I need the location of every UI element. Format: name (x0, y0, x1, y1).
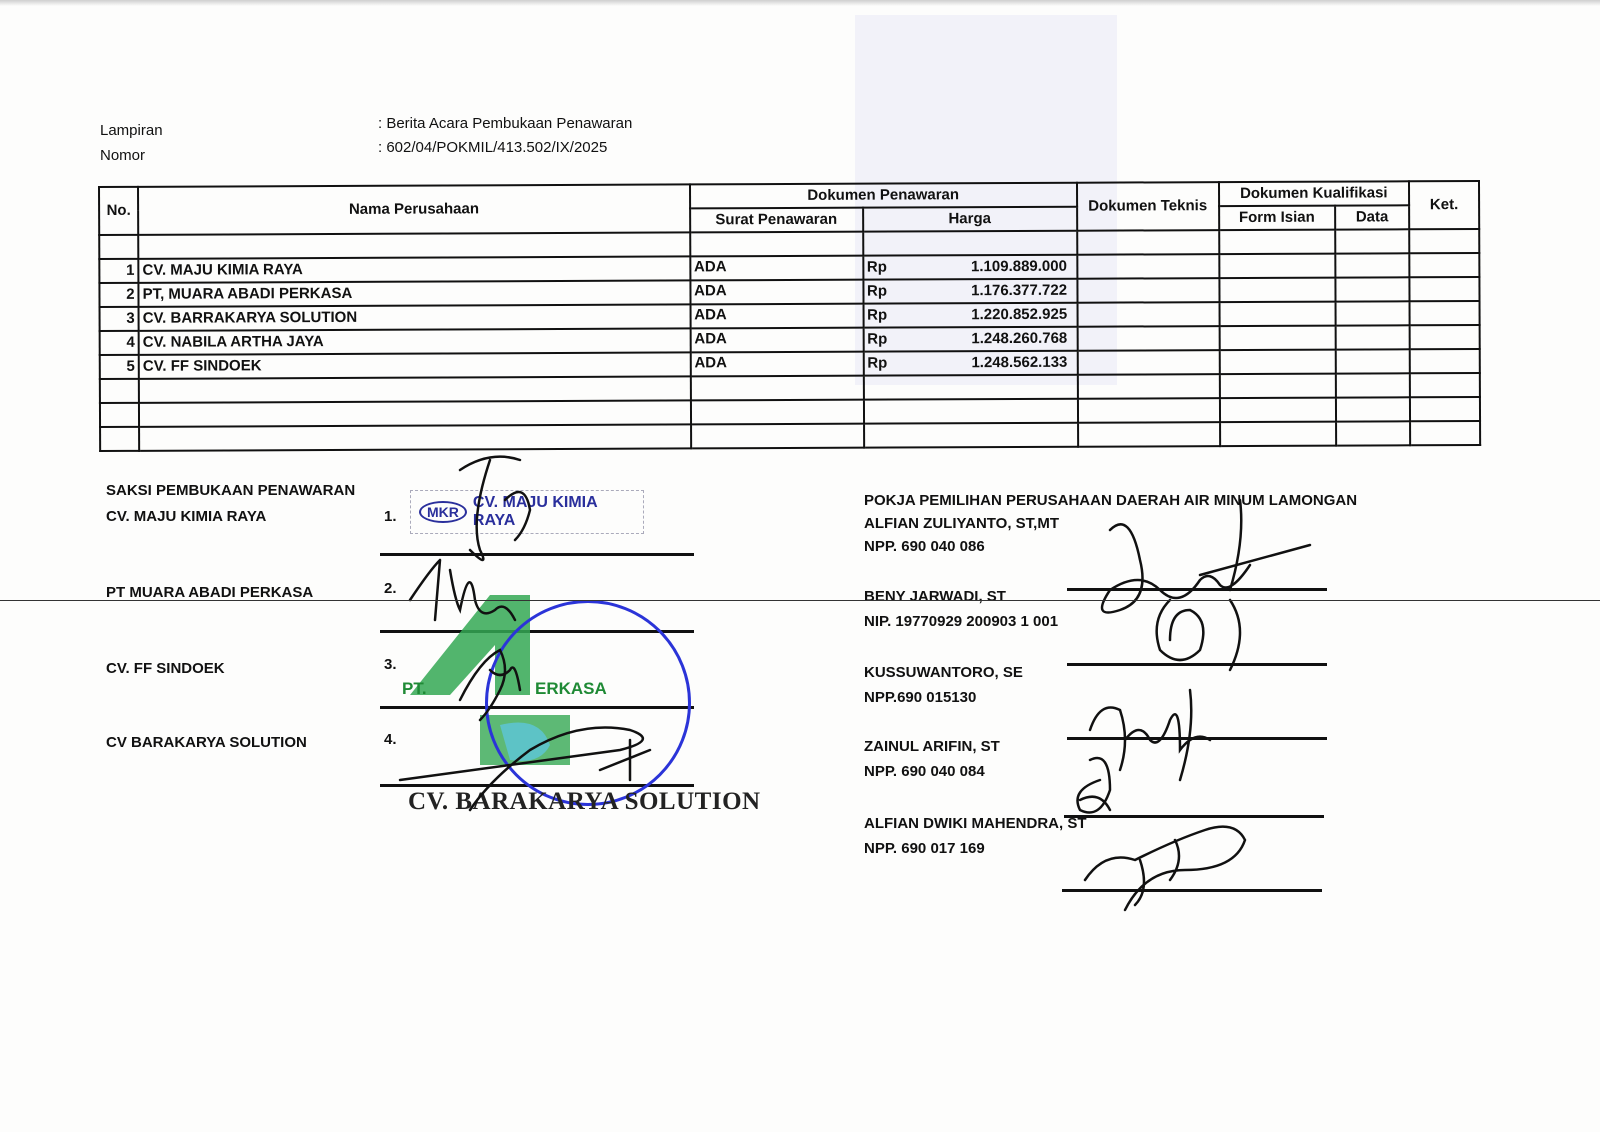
mkr-logo-icon: MKR (419, 501, 467, 523)
col-harga: Harga (863, 207, 1077, 232)
col-form-isian: Form Isian (1219, 206, 1335, 231)
nomor-label: Nomor (100, 147, 145, 164)
pokja-member-name: KUSSUWANTORO, SE (864, 664, 1023, 681)
col-dokumen-penawaran: Dokumen Penawaran (690, 183, 1077, 209)
scan-fold-line (0, 600, 1600, 601)
pokja-member-id: NPP. 690 040 086 (864, 538, 985, 555)
stamp-barakarya-solution: CV. BARAKARYA SOLUTION (408, 788, 761, 816)
pokja-title: POKJA PEMILIHAN PERUSAHAAN DAERAH AIR MI… (864, 492, 1357, 509)
pokja-member-id: NPP.690 015130 (864, 689, 976, 706)
handwritten-signatures-icon (0, 0, 1600, 1132)
witness-name: PT MUARA ABADI PERKASA (106, 584, 313, 601)
signature-line (1064, 815, 1324, 818)
witness-number: 1. (384, 508, 397, 525)
signature-line (1067, 663, 1327, 666)
pokja-member-id: NPP. 690 017 169 (864, 840, 985, 857)
witness-number: 2. (384, 580, 397, 597)
pokja-member-name: ALFIAN DWIKI MAHENDRA, ST (864, 815, 1086, 832)
nomor-value: : 602/04/POKMIL/413.502/IX/2025 (378, 139, 607, 156)
stamp-maju-kimia-raya: MKR CV. MAJU KIMIA RAYA (410, 490, 644, 534)
signature-line (1067, 737, 1327, 740)
pokja-member-name: ALFIAN ZULIYANTO, ST,MT (864, 515, 1059, 532)
pokja-member-name: BENY JARWADI, ST (864, 588, 1006, 605)
witness-name: CV BARAKARYA SOLUTION (106, 734, 307, 751)
stamp-circle-icon (485, 600, 691, 806)
scan-edge (0, 0, 1600, 6)
lampiran-value: : Berita Acara Pembukaan Penawaran (378, 115, 632, 132)
witness-number: 3. (384, 656, 397, 673)
bid-opening-table: No. Nama Perusahaan Dokumen Penawaran Do… (98, 180, 1481, 452)
signature-line (1067, 588, 1327, 591)
col-surat-penawaran: Surat Penawaran (690, 208, 863, 233)
col-nama: Nama Perusahaan (138, 184, 690, 234)
pokja-member-name: ZAINUL ARIFIN, ST (864, 738, 1000, 755)
col-dokumen-teknis: Dokumen Teknis (1077, 182, 1219, 231)
witness-name: CV. FF SINDOEK (106, 660, 225, 677)
col-dokumen-kualifikasi: Dokumen Kualifikasi (1219, 181, 1409, 206)
lampiran-label: Lampiran (100, 122, 163, 139)
table-row-blank (100, 421, 1480, 451)
col-ket: Ket. (1409, 181, 1479, 229)
signature-line (1062, 889, 1322, 892)
col-data: Data (1335, 205, 1409, 229)
pokja-member-id: NIP. 19770929 200903 1 001 (864, 613, 1058, 630)
signature-line (380, 553, 694, 556)
stamp-pt-text: PT. (402, 679, 427, 699)
witness-title: SAKSI PEMBUKAAN PENAWARAN (106, 482, 355, 499)
witness-number: 4. (384, 731, 397, 748)
col-no: No. (99, 187, 138, 235)
pokja-member-id: NPP. 690 040 084 (864, 763, 985, 780)
witness-name: CV. MAJU KIMIA RAYA (106, 508, 266, 525)
